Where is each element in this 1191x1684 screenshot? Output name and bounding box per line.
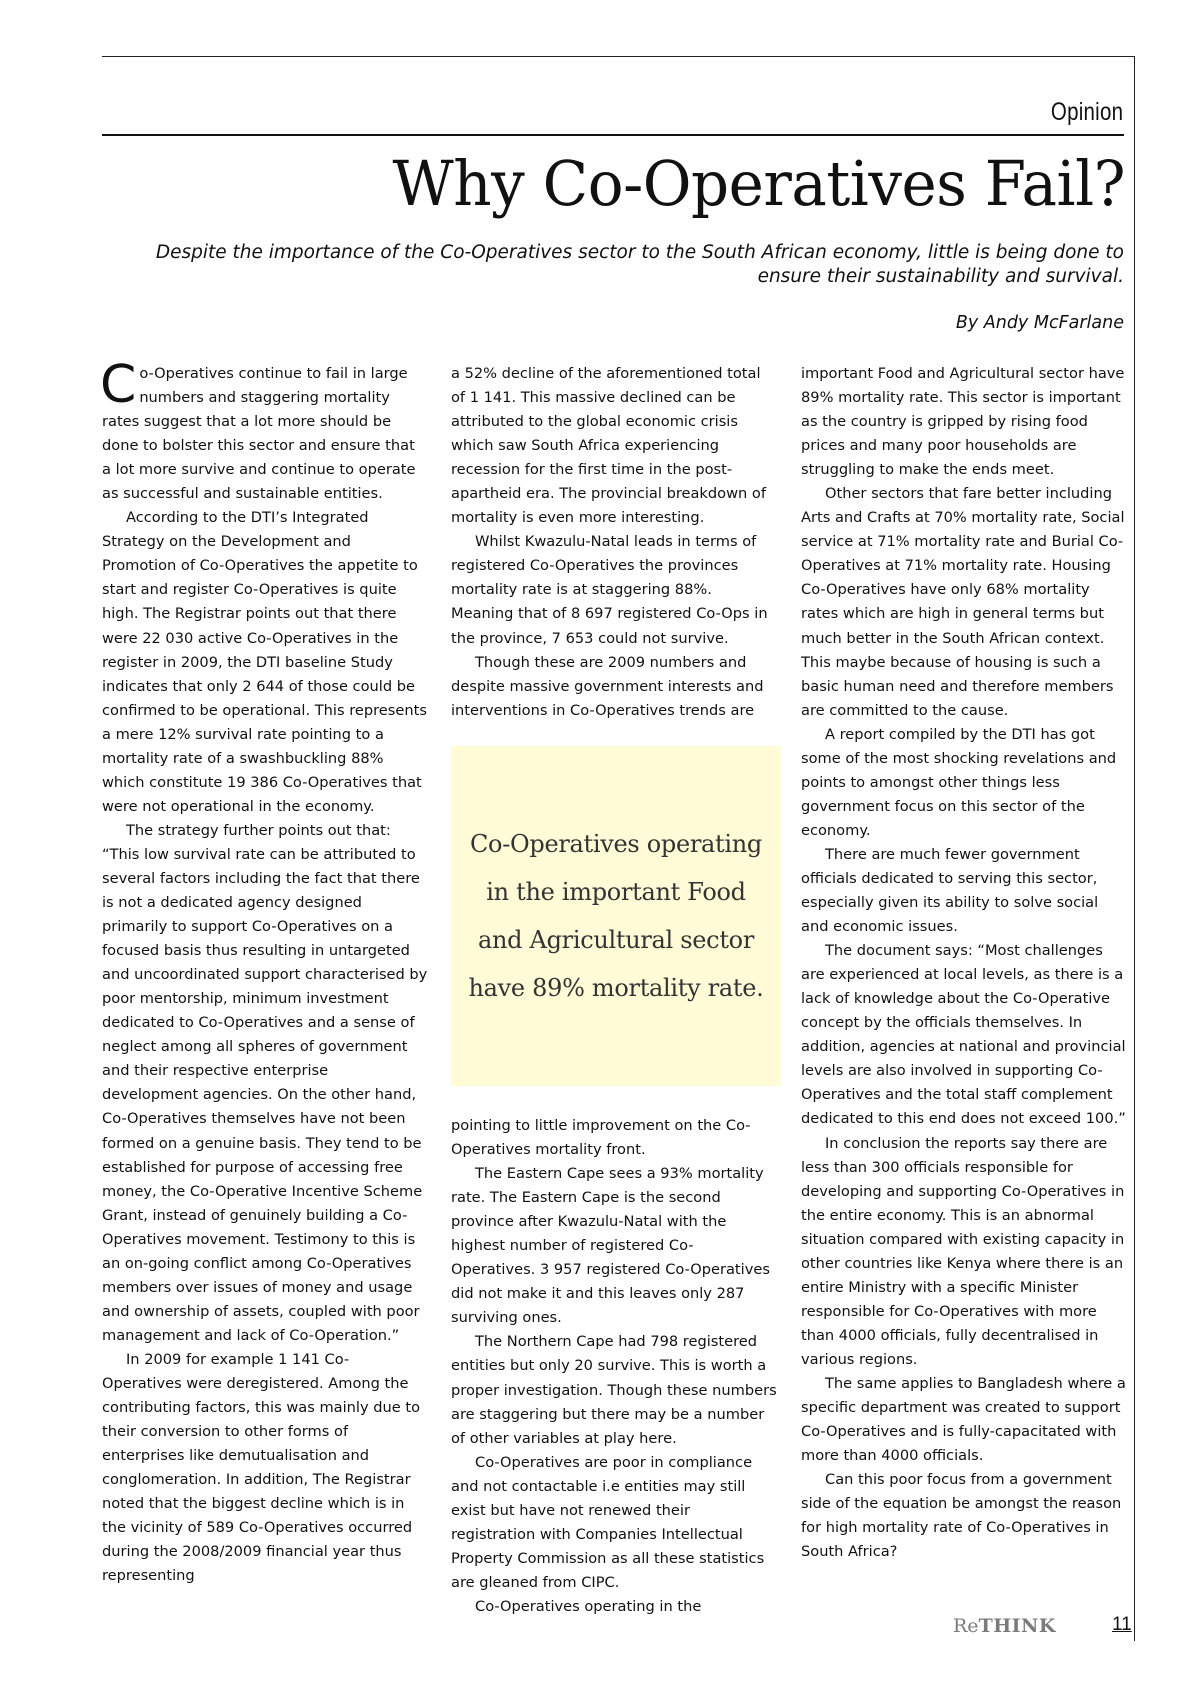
magazine-logo: ReTHINK bbox=[953, 1615, 1056, 1637]
byline: By Andy McFarlane bbox=[956, 313, 1124, 333]
paragraph: Co-Operatives are poor in compliance and… bbox=[451, 1451, 777, 1595]
drop-cap: C bbox=[100, 364, 136, 406]
paragraph: The strategy further points out that: “T… bbox=[102, 819, 428, 1348]
paragraph: a 52% decline of the aforementioned tota… bbox=[451, 362, 777, 530]
pull-quote-box: Co-Operatives operating in the important… bbox=[451, 746, 781, 1086]
page-frame-right-border bbox=[1134, 56, 1135, 1641]
paragraph-text: o-Operatives continue to fail in large n… bbox=[102, 365, 415, 502]
pull-quote-text: Co-Operatives operating in the important… bbox=[466, 820, 766, 1012]
section-label: Opinion bbox=[1051, 98, 1123, 127]
paragraph: The Eastern Cape sees a 93% mortality ra… bbox=[451, 1162, 777, 1330]
paragraph: The document says: “Most challenges are … bbox=[801, 939, 1127, 1131]
paragraph: Whilst Kwazulu-Natal leads in terms of r… bbox=[451, 530, 777, 650]
paragraph: Can this poor focus from a government si… bbox=[801, 1468, 1127, 1564]
paragraph: In 2009 for example 1 141 Co-Operatives … bbox=[102, 1348, 428, 1588]
paragraph: According to the DTI’s Integrated Strate… bbox=[102, 506, 428, 819]
paragraph: The Northern Cape had 798 registered ent… bbox=[451, 1330, 777, 1450]
paragraph: There are much fewer government official… bbox=[801, 843, 1127, 939]
article-column-2-top: a 52% decline of the aforementioned tota… bbox=[451, 362, 777, 723]
section-divider bbox=[102, 134, 1124, 136]
page-frame-top-border bbox=[102, 56, 1135, 57]
paragraph: Though these are 2009 numbers and despit… bbox=[451, 651, 777, 723]
logo-prefix: Re bbox=[953, 1615, 979, 1637]
paragraph: Co-Operatives continue to fail in large … bbox=[102, 362, 428, 506]
paragraph: In conclusion the reports say there are … bbox=[801, 1132, 1127, 1372]
paragraph: important Food and Agricultural sector h… bbox=[801, 362, 1127, 482]
paragraph: pointing to little improvement on the Co… bbox=[451, 1114, 777, 1162]
paragraph: The same applies to Bangladesh where a s… bbox=[801, 1372, 1127, 1468]
paragraph: Co-Operatives operating in the bbox=[451, 1595, 777, 1619]
page-number: 11 bbox=[1112, 1614, 1132, 1636]
article-subtitle: Despite the importance of the Co-Operati… bbox=[124, 241, 1124, 289]
article-column-1: Co-Operatives continue to fail in large … bbox=[102, 362, 428, 1588]
article-column-3: important Food and Agricultural sector h… bbox=[801, 362, 1127, 1564]
article-column-2-bottom: pointing to little improvement on the Co… bbox=[451, 1114, 777, 1619]
paragraph: A report compiled by the DTI has got som… bbox=[801, 723, 1127, 843]
logo-bold: THINK bbox=[979, 1615, 1056, 1637]
paragraph: Other sectors that fare better including… bbox=[801, 482, 1127, 722]
article-title: Why Co-Operatives Fail? bbox=[392, 153, 1125, 215]
